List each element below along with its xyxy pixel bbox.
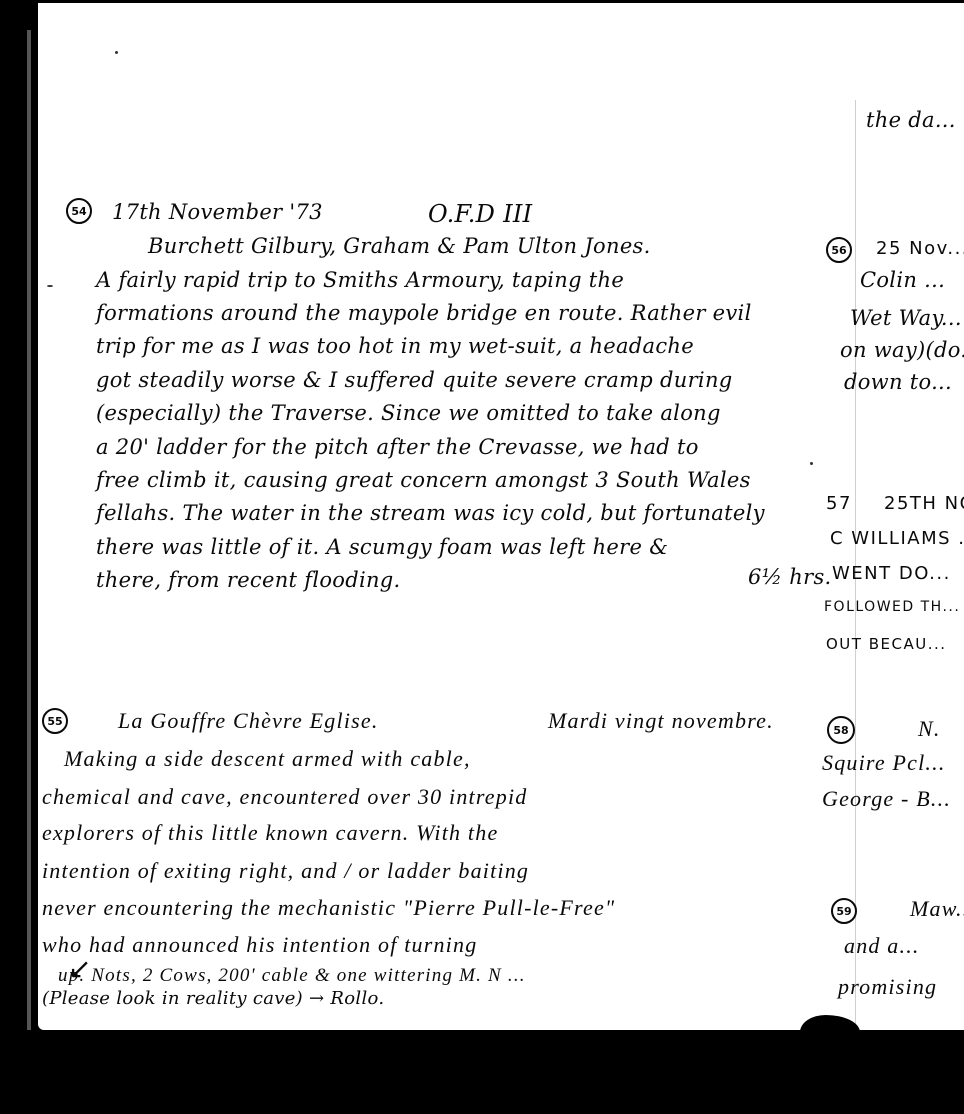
binding-shadow	[0, 0, 40, 1114]
entry-line: WENT DO...	[832, 565, 951, 583]
scanned-logbook-page: 54 17th November '73 O.F.D III Burchett …	[0, 0, 964, 1114]
entry-number-badge: 58	[827, 716, 855, 744]
right-page-top-note: the da...	[866, 110, 956, 131]
entry-line: never encountering the mechanistic "Pier…	[42, 897, 615, 919]
entry-header-date: Mardi vingt novembre.	[548, 710, 774, 732]
entry-line: FOLLOWED TH...	[824, 600, 960, 614]
scan-speck	[115, 51, 118, 54]
entry-duration: 6½ hrs.	[748, 567, 832, 588]
entry-line: free climb it, causing great concern amo…	[96, 470, 751, 491]
binding-highlight	[27, 30, 31, 1030]
entry-line: (especially) the Traverse. Since we omit…	[96, 403, 721, 424]
paper-sheet: 54 17th November '73 O.F.D III Burchett …	[38, 0, 964, 1030]
entry-date: 17th November '73	[112, 202, 323, 223]
margin-note: (Please look in reality cave) → Rollo.	[42, 990, 384, 1008]
entry-number-badge: 55	[42, 708, 68, 734]
entry-line: there was little of it. A scumgy foam wa…	[96, 537, 668, 558]
entry-header-cave: La Gouffre Chèvre Eglise.	[118, 710, 379, 732]
entry-line: Squire Pcl...	[822, 752, 946, 774]
entry-line: chemical and cave, encountered over 30 i…	[42, 786, 527, 808]
entry-number-badge: 56	[826, 237, 852, 263]
entry-date: 25 Nov...	[876, 240, 964, 258]
insert-arrow-icon: ↙	[68, 955, 91, 983]
entry-line: formations around the maypole bridge en …	[96, 303, 752, 324]
entry-line: promising	[838, 976, 937, 998]
entry-line: C WILLIAMS ...	[830, 530, 964, 548]
entry-line: there, from recent flooding.	[96, 570, 401, 591]
entry-line: a 20' ladder for the pitch after the Cre…	[96, 437, 699, 458]
entry-line: up. Nots, 2 Cows, 200' cable & one witte…	[58, 966, 526, 985]
entry-line: down to...	[844, 372, 952, 393]
scan-speck	[810, 462, 813, 465]
margin-dash	[47, 285, 53, 287]
entry-line: A fairly rapid trip to Smiths Armoury, t…	[96, 270, 624, 291]
entry-line: Colin ...	[860, 270, 945, 291]
entry-line: Making a side descent armed with cable,	[64, 748, 471, 770]
entry-line: who had announced his intention of turni…	[42, 934, 477, 956]
entry-line: on way)(do...	[840, 340, 964, 361]
entry-number-badge: 59	[831, 898, 857, 924]
entry-line: trip for me as I was too hot in my wet-s…	[96, 336, 694, 357]
entry-line: got steadily worse & I suffered quite se…	[96, 370, 733, 391]
entry-line: Wet Way...	[850, 308, 962, 329]
entry-party: Burchett Gilbury, Graham & Pam Ulton Jon…	[148, 236, 651, 257]
entry-number-plain: 57	[826, 495, 852, 513]
entry-line: OUT BECAU...	[826, 637, 947, 652]
entry-line: explorers of this little known cavern. W…	[42, 822, 498, 844]
top-edge	[38, 0, 964, 3]
entry-line: fellahs. The water in the stream was icy…	[96, 503, 765, 524]
entry-header: N.	[918, 718, 941, 740]
entry-cave-name: O.F.D III	[428, 202, 532, 226]
entry-line: intention of exiting right, and / or lad…	[42, 860, 529, 882]
entry-line: George - B...	[822, 788, 951, 810]
entry-date: 25TH NO...	[884, 495, 964, 513]
entry-header: Maw...	[910, 898, 964, 920]
entry-line: and a...	[844, 935, 920, 957]
entry-number-badge: 54	[66, 198, 92, 224]
